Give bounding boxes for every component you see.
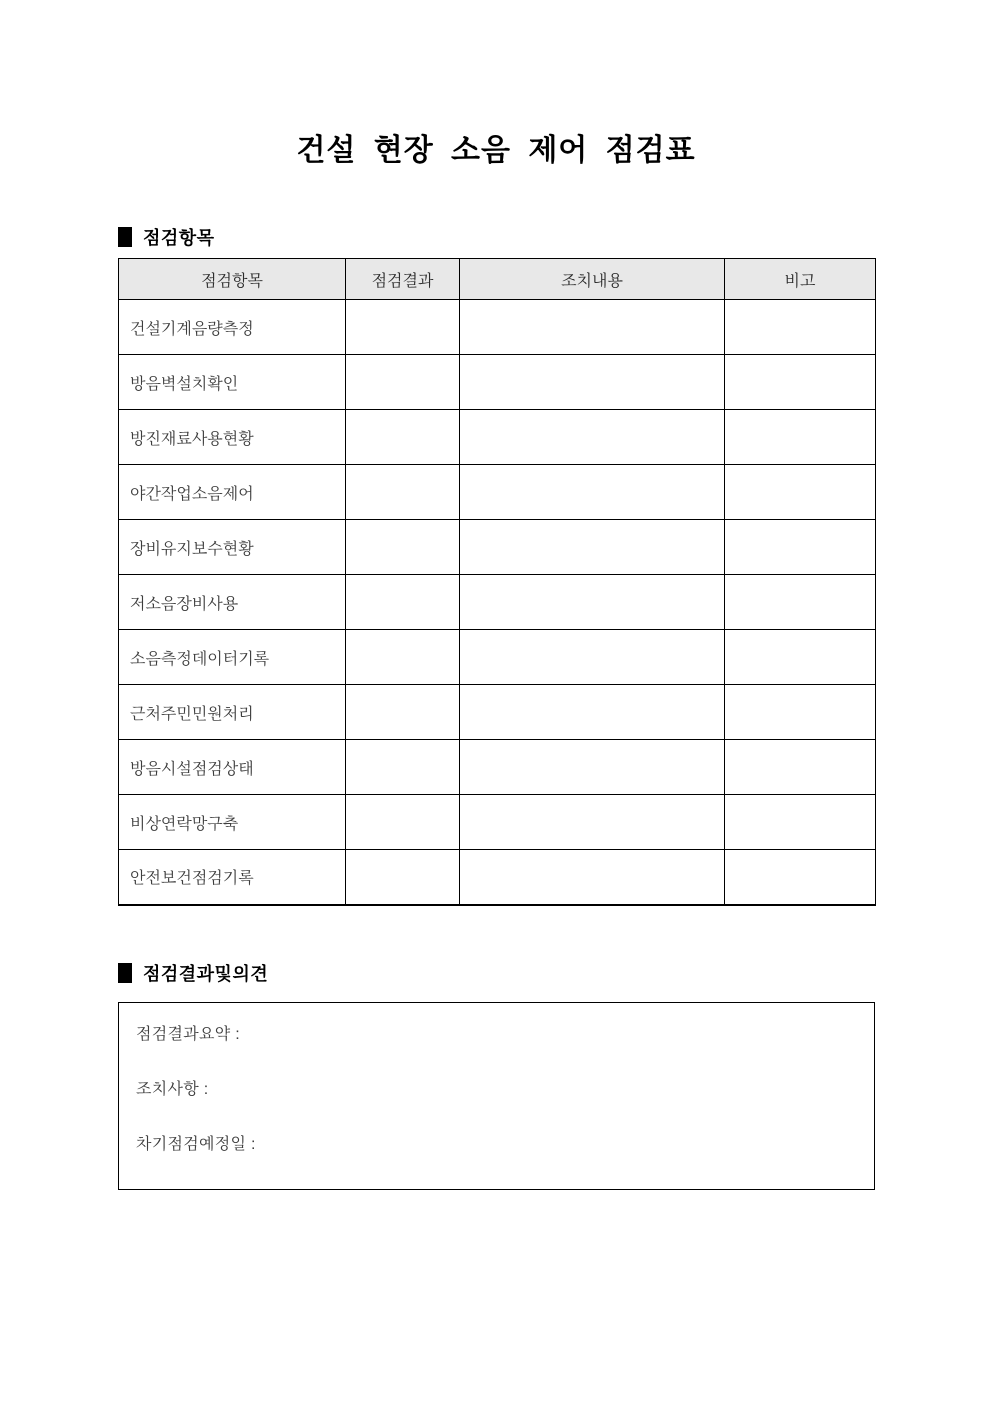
result-cell-blank	[346, 630, 460, 685]
page-title: 건설 현장 소음 제어 점검표	[0, 129, 992, 173]
opinion-section-heading-label: 점검결과및의견	[143, 960, 268, 986]
action-cell-blank	[460, 355, 725, 410]
table-row: 소음측정데이터기록	[119, 630, 876, 685]
item-name-cell: 비상연락망구축	[119, 795, 346, 850]
result-cell-blank	[346, 575, 460, 630]
table-row: 장비유지보수현황	[119, 520, 876, 575]
action-items-field: 조치사항 :	[119, 1060, 874, 1115]
note-cell-blank	[725, 410, 876, 465]
item-name-cell: 방진재료사용현황	[119, 410, 346, 465]
table-row: 안전보건점검기록	[119, 850, 876, 905]
result-cell-blank	[346, 410, 460, 465]
black-square-marker-icon	[118, 963, 132, 983]
result-cell-blank	[346, 300, 460, 355]
opinion-box: 점검결과요약 : 조치사항 : 차기점검예정일 :	[118, 1002, 875, 1190]
item-name-cell: 소음측정데이터기록	[119, 630, 346, 685]
column-header-note: 비고	[725, 259, 876, 300]
table-header-row: 점검항목 점검결과 조치내용 비고	[119, 259, 876, 300]
result-cell-blank	[346, 850, 460, 905]
item-name-cell: 건설기계음량측정	[119, 300, 346, 355]
table-row: 건설기계음량측정	[119, 300, 876, 355]
result-cell-blank	[346, 465, 460, 520]
column-header-result: 점검결과	[346, 259, 460, 300]
next-inspection-date-field: 차기점검예정일 :	[119, 1115, 874, 1170]
note-cell-blank	[725, 465, 876, 520]
result-cell-blank	[346, 520, 460, 575]
item-name-cell: 근처주민민원처리	[119, 685, 346, 740]
result-cell-blank	[346, 795, 460, 850]
table-row: 야간작업소음제어	[119, 465, 876, 520]
table-row: 근처주민민원처리	[119, 685, 876, 740]
action-cell-blank	[460, 685, 725, 740]
table-row: 방음시설점검상태	[119, 740, 876, 795]
action-cell-blank	[460, 850, 725, 905]
item-name-cell: 방음벽설치확인	[119, 355, 346, 410]
result-cell-blank	[346, 740, 460, 795]
note-cell-blank	[725, 520, 876, 575]
item-name-cell: 야간작업소음제어	[119, 465, 346, 520]
action-cell-blank	[460, 520, 725, 575]
column-header-action: 조치내용	[460, 259, 725, 300]
note-cell-blank	[725, 575, 876, 630]
inspection-summary-field: 점검결과요약 :	[119, 1005, 874, 1060]
next-inspection-date-label: 차기점검예정일 :	[136, 1131, 256, 1154]
result-cell-blank	[346, 355, 460, 410]
action-cell-blank	[460, 465, 725, 520]
item-name-cell: 저소음장비사용	[119, 575, 346, 630]
result-cell-blank	[346, 685, 460, 740]
black-square-marker-icon	[118, 227, 132, 247]
inspection-summary-label: 점검결과요약 :	[136, 1021, 240, 1044]
action-cell-blank	[460, 740, 725, 795]
table-row: 방음벽설치확인	[119, 355, 876, 410]
note-cell-blank	[725, 355, 876, 410]
checklist-table: 점검항목 점검결과 조치내용 비고 건설기계음량측정 방음벽설치확인 방진재료사…	[118, 258, 876, 906]
table-row: 저소음장비사용	[119, 575, 876, 630]
action-cell-blank	[460, 410, 725, 465]
table-row: 비상연락망구축	[119, 795, 876, 850]
action-cell-blank	[460, 575, 725, 630]
action-cell-blank	[460, 795, 725, 850]
column-header-item: 점검항목	[119, 259, 346, 300]
item-name-cell: 장비유지보수현황	[119, 520, 346, 575]
item-name-cell: 안전보건점검기록	[119, 850, 346, 905]
note-cell-blank	[725, 300, 876, 355]
checklist-section-heading-label: 점검항목	[143, 224, 215, 250]
opinion-section-heading: 점검결과및의견	[118, 960, 268, 986]
action-cell-blank	[460, 300, 725, 355]
note-cell-blank	[725, 630, 876, 685]
note-cell-blank	[725, 740, 876, 795]
checklist-table-body: 건설기계음량측정 방음벽설치확인 방진재료사용현황 야간작업소음제어 장비유지보	[119, 300, 876, 905]
action-items-label: 조치사항 :	[136, 1076, 209, 1099]
table-row: 방진재료사용현황	[119, 410, 876, 465]
item-name-cell: 방음시설점검상태	[119, 740, 346, 795]
note-cell-blank	[725, 795, 876, 850]
note-cell-blank	[725, 850, 876, 905]
note-cell-blank	[725, 685, 876, 740]
document-page: 건설 현장 소음 제어 점검표 점검항목 점검항목 점검결과 조치내용 비고 건…	[0, 0, 992, 1403]
checklist-table-head: 점검항목 점검결과 조치내용 비고	[119, 259, 876, 300]
checklist-section-heading: 점검항목	[118, 224, 215, 250]
action-cell-blank	[460, 630, 725, 685]
